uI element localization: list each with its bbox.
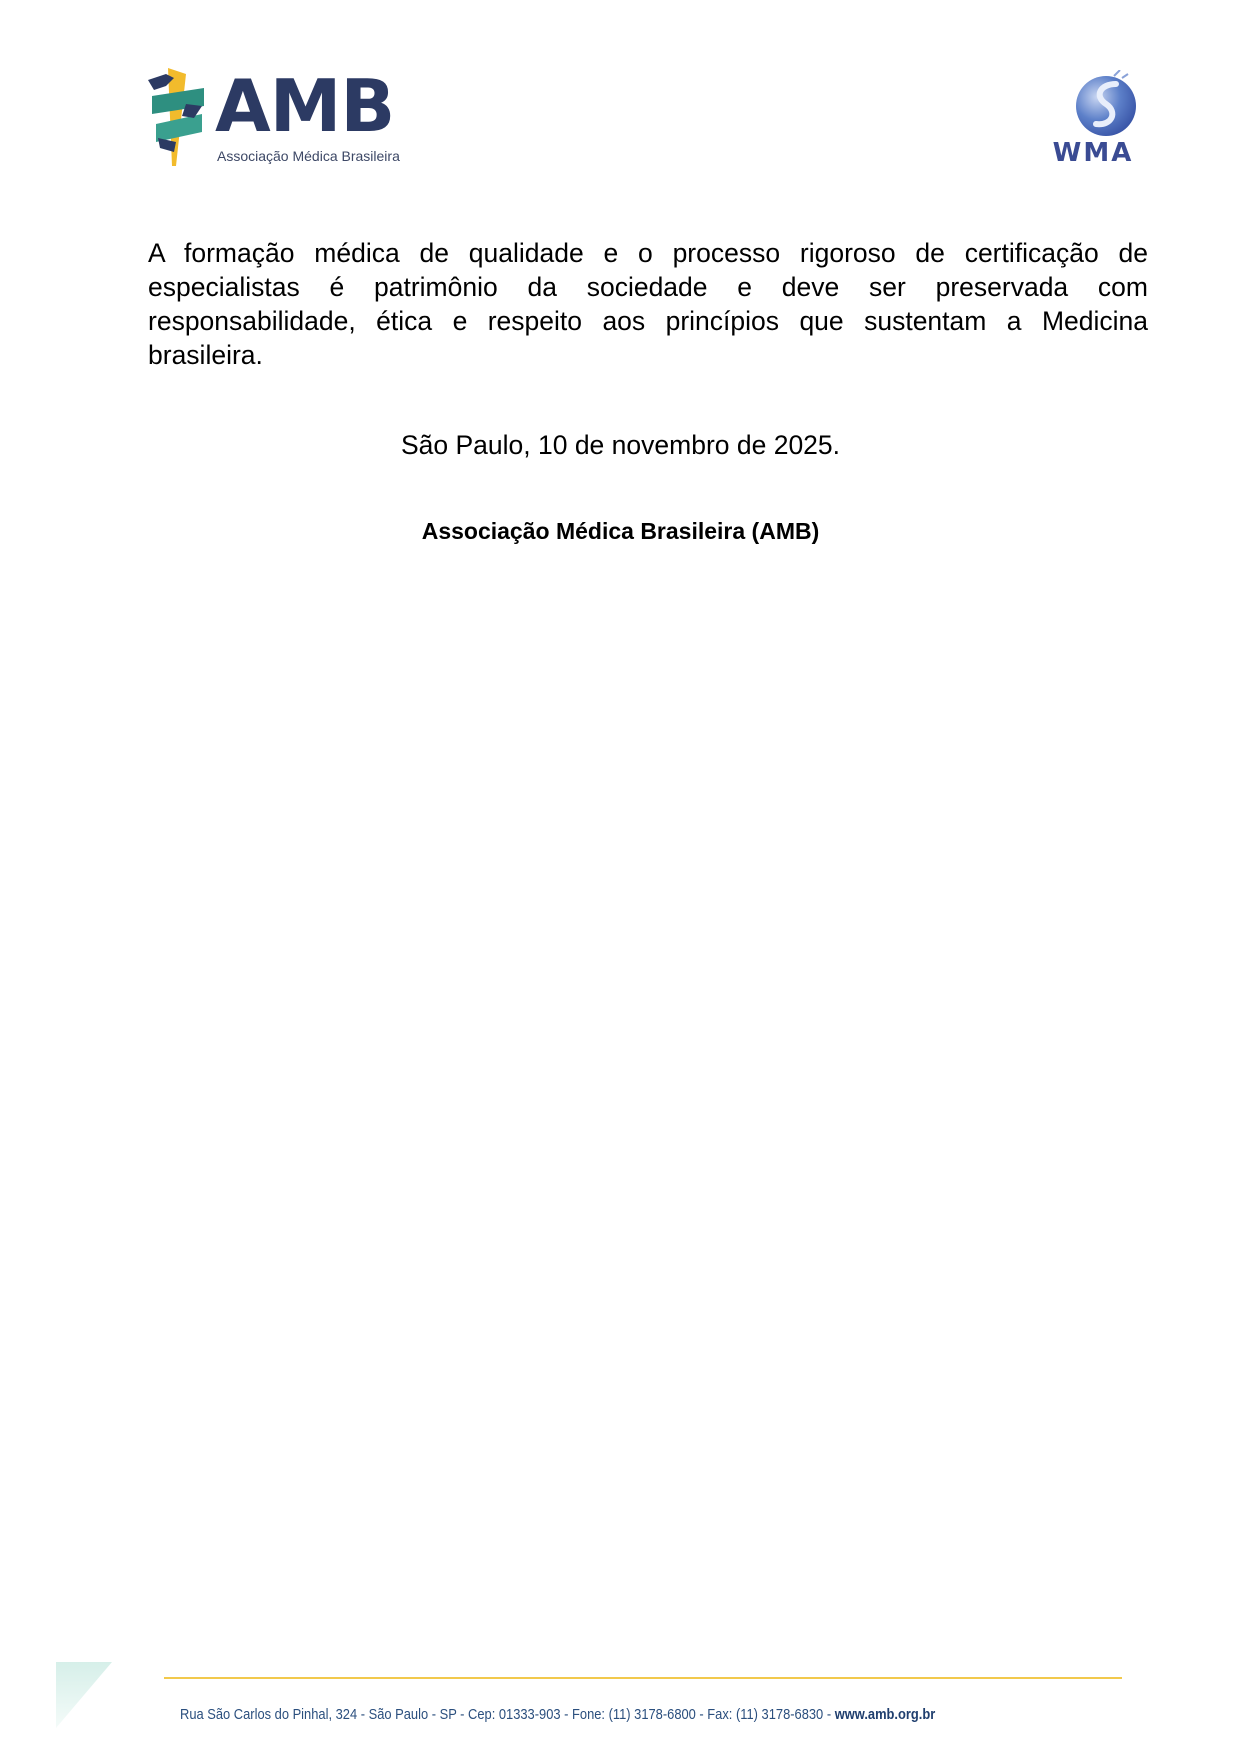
footer-address: Rua São Carlos do Pinhal, 324 - São Paul…	[180, 1706, 835, 1723]
footer-contact: Rua São Carlos do Pinhal, 324 - São Paul…	[180, 1706, 935, 1723]
amb-logo-wordmark: AMB	[215, 70, 394, 142]
footer-decoration-icon	[56, 1662, 116, 1732]
statement-paragraph: A formação médica de qualidade e o proce…	[148, 236, 1148, 372]
footer-divider	[164, 1677, 1122, 1679]
date-line: São Paulo, 10 de novembro de 2025.	[0, 430, 1241, 461]
footer-website-link[interactable]: www.amb.org.br	[835, 1706, 936, 1723]
wma-logo-wordmark: WMA	[1033, 138, 1153, 168]
signature: Associação Médica Brasileira (AMB)	[0, 518, 1241, 545]
amb-logo-subtitle: Associação Médica Brasileira	[217, 148, 400, 164]
